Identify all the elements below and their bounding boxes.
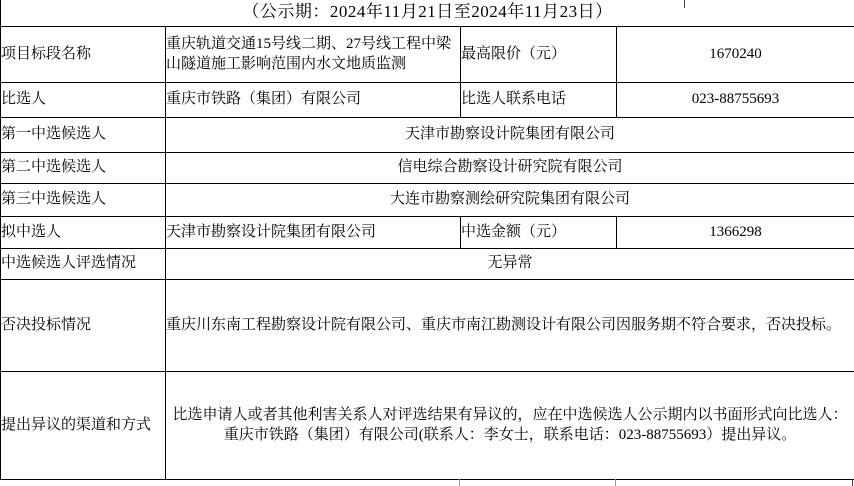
max-price-value: 1670240 xyxy=(617,26,854,82)
cropped-border-remnant-bottom-mid xyxy=(615,479,616,486)
project-name-value: 重庆轨道交通15号线二期、27号线工程中梁山隧道施工影响范围内水文地质监测 xyxy=(166,26,461,82)
table-row: （公示期：2024年11月21日至2024年11月23日） xyxy=(1,0,854,26)
table-row: 第二中选候选人 信电综合勘察设计研究院有限公司 xyxy=(1,152,854,183)
cropped-border-remnant-bottom-right xyxy=(852,479,853,486)
selector-phone-label: 比选人联系电话 xyxy=(461,82,617,117)
max-price-label: 最高限价（元） xyxy=(461,26,617,82)
table-row: 比选人 重庆市铁路（集团）有限公司 比选人联系电话 023-88755693 xyxy=(1,82,854,117)
selector-phone-value: 023-88755693 xyxy=(617,82,854,117)
candidate3-label: 第三中选候选人 xyxy=(1,183,166,216)
table-row: 项目标段名称 重庆轨道交通15号线二期、27号线工程中梁山隧道施工影响范围内水文… xyxy=(1,26,854,82)
evaluation-status-value: 无异常 xyxy=(166,248,854,279)
winning-amount-value: 1366298 xyxy=(617,216,854,248)
rejection-label: 否决投标情况 xyxy=(1,279,166,371)
candidate1-label: 第一中选候选人 xyxy=(1,117,166,152)
table-row: 第一中选候选人 天津市勘察设计院集团有限公司 xyxy=(1,117,854,152)
table-row: 提出异议的渠道和方式 比选申请人或者其他利害关系人对评选结果有异议的，应在中选候… xyxy=(1,371,854,479)
candidate1-value: 天津市勘察设计院集团有限公司 xyxy=(166,117,854,152)
candidate2-value: 信电综合勘察设计研究院有限公司 xyxy=(166,152,854,183)
table-row: 中选候选人评选情况 无异常 xyxy=(1,248,854,279)
cropped-border-remnant-top xyxy=(684,0,685,8)
proposed-winner-label: 拟中选人 xyxy=(1,216,166,248)
candidate3-value: 大连市勘察测绘研究院集团有限公司 xyxy=(166,183,854,216)
selector-value: 重庆市铁路（集团）有限公司 xyxy=(166,82,461,117)
table-row: 拟中选人 天津市勘察设计院集团有限公司 中选金额（元） 1366298 xyxy=(1,216,854,248)
table-row: 否决投标情况 重庆川东南工程勘察设计院有限公司、重庆市南江勘测设计有限公司因服务… xyxy=(1,279,854,371)
candidate2-label: 第二中选候选人 xyxy=(1,152,166,183)
selector-label: 比选人 xyxy=(1,82,166,117)
rejection-value: 重庆川东南工程勘察设计院有限公司、重庆市南江勘测设计有限公司因服务期不符合要求，… xyxy=(166,279,854,371)
bid-announcement-table: （公示期：2024年11月21日至2024年11月23日） 项目标段名称 重庆轨… xyxy=(0,0,854,480)
table-row: 第三中选候选人 大连市勘察测绘研究院集团有限公司 xyxy=(1,183,854,216)
announcement-page: （公示期：2024年11月21日至2024年11月23日） 项目标段名称 重庆轨… xyxy=(0,0,854,486)
proposed-winner-value: 天津市勘察设计院集团有限公司 xyxy=(166,216,461,248)
objection-channel-value: 比选申请人或者其他利害关系人对评选结果有异议的，应在中选候选人公示期内以书面形式… xyxy=(166,371,854,479)
cropped-border-remnant-bottom-left xyxy=(459,479,460,486)
project-name-label: 项目标段名称 xyxy=(1,26,166,82)
announcement-period-title: （公示期：2024年11月21日至2024年11月23日） xyxy=(1,0,854,26)
winning-amount-label: 中选金额（元） xyxy=(461,216,617,248)
evaluation-status-label: 中选候选人评选情况 xyxy=(1,248,166,279)
objection-channel-label: 提出异议的渠道和方式 xyxy=(1,371,166,479)
